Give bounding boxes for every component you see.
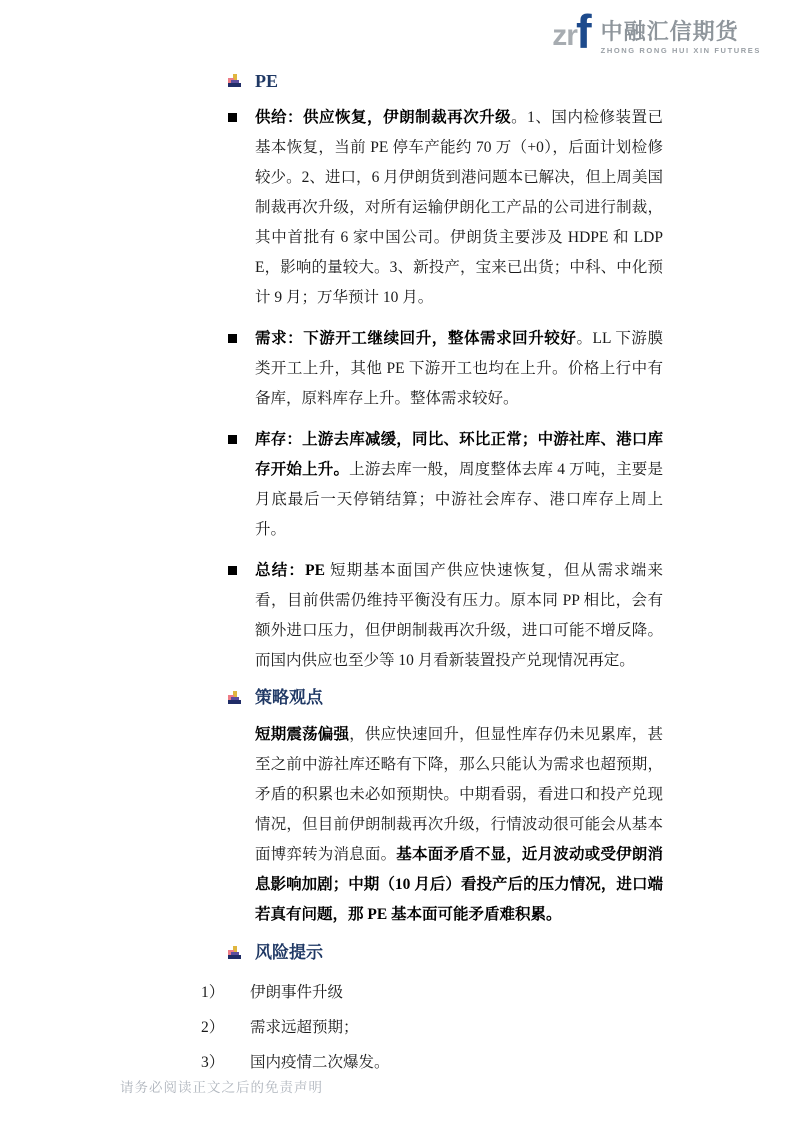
section-title: 策略观点 <box>255 687 323 709</box>
square-bullet-icon <box>228 324 255 414</box>
strategy-paragraph: 短期震荡偏强，供应快速回升，但显性库存仍未见累库，甚至之前中游社库还略有下降，那… <box>255 720 663 930</box>
diamond-bullet-icon <box>228 74 241 89</box>
risk-list-item: 1） 伊朗事件升级 <box>201 978 663 1008</box>
bullet-demand-text: 需求：下游开工继续回升，整体需求回升较好。LL 下游膜类开工上升，其他 PE 下… <box>255 324 663 414</box>
bullet-supply-text: 供给：供应恢复，伊朗制裁再次升级。1、国内检修装置已基本恢复，当前 PE 停车产… <box>255 103 663 313</box>
diamond-bullet-icon <box>228 946 241 961</box>
diamond-bullet-icon <box>228 691 241 706</box>
risk-item-number: 1） <box>201 978 250 1008</box>
risk-list-item: 2） 需求远超预期； <box>201 1013 663 1043</box>
risk-list-item: 3） 国内疫情二次爆发。 <box>201 1048 663 1078</box>
square-bullet-icon <box>228 425 255 545</box>
section-title: PE <box>255 70 278 92</box>
footer-disclaimer: 请务必阅读正文之后的免责声明 <box>120 1076 323 1096</box>
bullet-summary-text: 总结：PE 短期基本面国产供应快速恢复，但从需求端来看，目前供需仍维持平衡没有压… <box>255 556 663 676</box>
report-page: zr f 中融汇信期货 ZHONG RONG HUI XIN FUTURES P… <box>0 0 793 1122</box>
section-heading-risk: 风险提示 <box>228 942 663 964</box>
square-bullet-icon <box>228 556 255 676</box>
risk-item-text: 需求远超预期； <box>250 1013 359 1043</box>
bullet-supply: 供给：供应恢复，伊朗制裁再次升级。1、国内检修装置已基本恢复，当前 PE 停车产… <box>228 103 663 313</box>
bullet-inventory: 库存：上游去库减缓，同比、环比正常；中游社库、港口库存开始上升。上游去库一般，周… <box>228 425 663 545</box>
section-heading-strategy: 策略观点 <box>228 687 663 709</box>
document-body: PE 供给：供应恢复，伊朗制裁再次升级。1、国内检修装置已基本恢复，当前 PE … <box>228 0 663 1083</box>
risk-item-number: 3） <box>201 1048 250 1078</box>
risk-item-text: 伊朗事件升级 <box>250 978 343 1008</box>
risk-item-number: 2） <box>201 1013 250 1043</box>
risk-list: 1） 伊朗事件升级 2） 需求远超预期； 3） 国内疫情二次爆发。 <box>201 978 663 1078</box>
bullet-summary: 总结：PE 短期基本面国产供应快速恢复，但从需求端来看，目前供需仍维持平衡没有压… <box>228 556 663 676</box>
section-title: 风险提示 <box>255 942 323 964</box>
bullet-inventory-text: 库存：上游去库减缓，同比、环比正常；中游社库、港口库存开始上升。上游去库一般，周… <box>255 425 663 545</box>
bullet-demand: 需求：下游开工继续回升，整体需求回升较好。LL 下游膜类开工上升，其他 PE 下… <box>228 324 663 414</box>
square-bullet-icon <box>228 103 255 313</box>
section-heading-pe: PE <box>228 70 663 92</box>
risk-item-text: 国内疫情二次爆发。 <box>250 1048 390 1078</box>
